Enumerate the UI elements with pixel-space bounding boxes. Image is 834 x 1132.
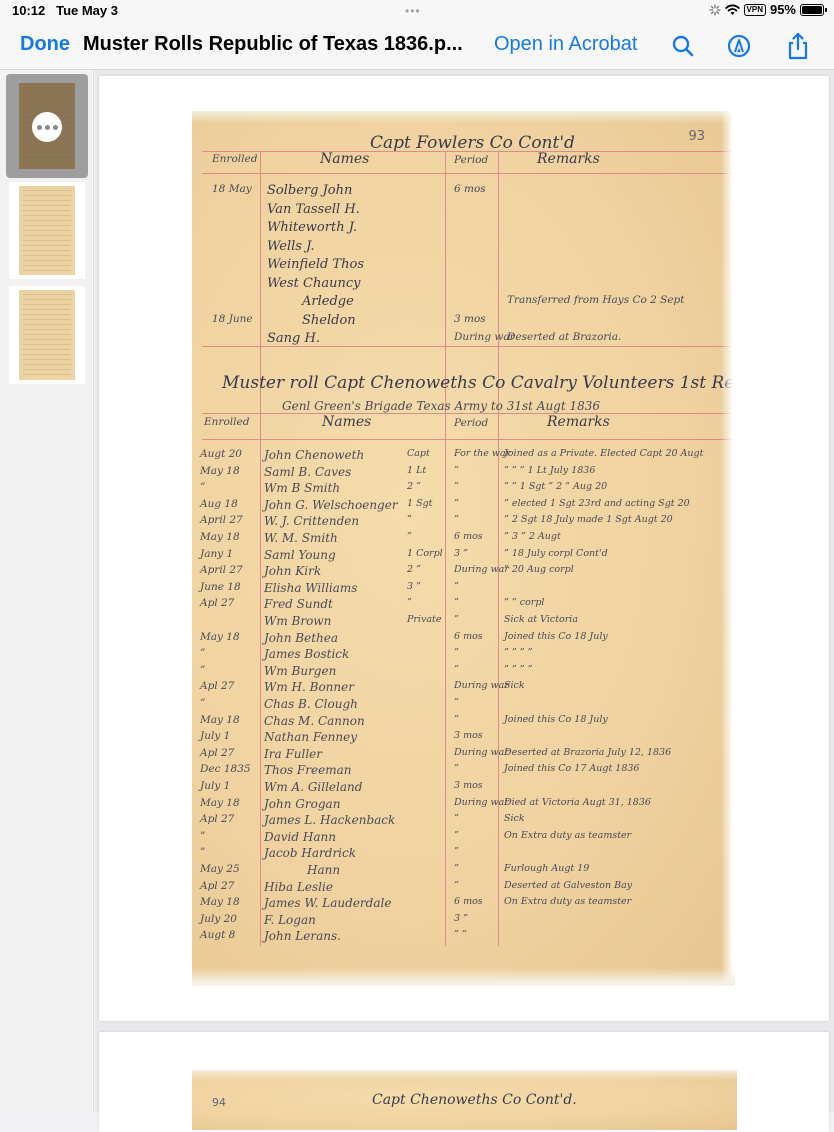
name-cell: John Lerans. [264,929,341,943]
enrolled-cell: May 18 [200,531,240,543]
name-cell: James W. Lauderdale [264,896,391,910]
enrolled-cell: Apl 27 [200,813,234,825]
battery-percent: 95% [770,2,796,17]
page2-title: Capt Chenoweths Co Cont'd. [372,1092,577,1108]
status-date: Tue May 3 [56,3,118,18]
scanned-muster-roll-page-2: 94 Capt Chenoweths Co Cont'd. [192,1070,737,1112]
rank-cell: 2 ” [407,481,421,492]
enrolled-cell: June 18 [200,581,241,593]
rank-cell: 1 Corpl [407,548,443,559]
name-cell: John Bethea [264,631,338,645]
enrolled-cell: 18 June [212,313,253,325]
remarks-cell: Transferred from Hays Co 2 Sept [507,294,685,306]
enrolled-cell: ” [200,697,205,709]
period-cell: ” [454,846,459,857]
remarks-cell: On Extra duty as teamster [504,896,631,907]
document-title: Muster Rolls Republic of Texas 1836.p... [83,33,463,56]
rank-cell: Private [407,614,441,625]
rank-cell: 2 ” [407,564,421,575]
page-number: 93 [688,129,705,144]
period-cell: During war [454,331,515,343]
period-cell: ” [454,581,459,592]
name-cell: Arledge [302,294,354,309]
name-cell: John G. Welschoenger [264,498,398,512]
name-cell: Wm Brown [264,614,331,628]
pdf-page-1: 93 Capt Fowlers Co Cont'd Enrolled Names… [99,76,829,1021]
enrolled-cell: Jany 1 [200,548,233,560]
period-cell: ” [454,498,459,509]
enrolled-cell: May 18 [200,896,240,908]
remarks-cell: ” 18 July corpl Cont'd [504,548,608,559]
enrolled-cell: ” [200,830,205,842]
more-dot-icon [53,125,58,130]
name-cell: John Chenoweth [264,448,364,462]
remarks-cell: Furlough Augt 19 [504,863,589,874]
name-cell: West Chauncy [267,276,360,291]
more-dot-icon [37,125,42,130]
enrolled-cell: July 20 [200,913,237,925]
remarks-cell: Deserted at Brazoria. [507,331,621,343]
period-cell: ” [454,481,459,492]
remarks-cell: Sick [504,813,525,824]
header-period: Period [454,154,488,166]
name-cell: Wm Burgen [264,664,336,678]
battery-icon [800,4,824,16]
enrolled-cell: May 18 [200,714,240,726]
period-cell: ” [454,465,459,476]
status-indicators: VPN 95% [709,2,824,17]
remarks-cell: ” 20 Aug corpl [504,564,574,575]
enrolled-cell: July 1 [200,730,230,742]
name-cell: Saml B. Caves [264,465,351,479]
enrolled-cell: ” [200,481,205,493]
navigation-bar: Done Muster Rolls Republic of Texas 1836… [0,22,834,70]
remarks-cell: Sick [504,680,525,691]
status-bar: 10:12 Tue May 3 ••• VPN 95% [0,0,834,22]
enrolled-cell: July 1 [200,780,230,792]
name-cell: Whiteworth J. [267,220,357,235]
name-cell: Elisha Williams [264,581,357,595]
period-cell: During war [454,797,509,808]
name-cell: Nathan Fenney [264,730,357,744]
rank-cell: 1 Sgt [407,498,432,509]
period-cell: ” [454,813,459,824]
remarks-cell: On Extra duty as teamster [504,830,631,841]
period-cell: 6 mos [454,896,483,907]
enrolled-cell: Augt 20 [200,448,242,460]
period-cell: ” [454,597,459,608]
name-cell: Wells J. [267,239,314,254]
name-cell: Wm B Smith [264,481,340,495]
search-icon[interactable] [668,31,698,61]
enrolled-cell: 18 May [212,183,252,195]
wifi-icon [725,4,740,16]
period-cell: 6 mos [454,183,486,195]
remarks-cell: Joined as a Private. Elected Capt 20 Aug… [504,448,703,459]
share-icon[interactable] [783,31,813,61]
multitasking-dots-icon[interactable]: ••• [405,4,421,18]
name-cell: Wm H. Bonner [264,680,354,694]
header-period: Period [454,417,488,429]
period-cell: ” [454,664,459,675]
period-cell: 3 mos [454,780,483,791]
remarks-cell: ” ” ” 1 Lt July 1836 [504,465,595,476]
remarks-cell: Joined this Co 18 July [504,714,608,725]
enrolled-cell: Aug 18 [200,498,238,510]
name-cell: Hann [307,863,340,877]
name-cell: Solberg John [267,183,352,198]
period-cell: ” ” [454,929,467,940]
enrolled-cell: Augt 8 [200,929,235,941]
rank-cell: 1 Lt [407,465,426,476]
name-cell: Jacob Hardrick [264,846,356,860]
section1-title: Capt Fowlers Co Cont'd [370,133,575,153]
open-in-acrobat-button[interactable]: Open in Acrobat [494,33,637,56]
rank-cell: 3 ” [407,581,421,592]
thumbnail-sidebar[interactable] [0,70,94,1112]
period-cell: ” [454,714,459,725]
name-cell: Sheldon [302,313,356,328]
name-cell: Chas M. Cannon [264,714,365,728]
header-names: Names [322,414,371,430]
remarks-cell: ” ” ” ” [504,647,533,658]
remarks-cell: ” ” ” ” [504,664,533,675]
name-cell: John Kirk [264,564,321,578]
remarks-cell: ” 3 ” 2 Augt [504,531,561,542]
enrolled-cell: ” [200,664,205,676]
remarks-cell: ” ” 1 Sgt ” 2 ” Aug 20 [504,481,607,492]
done-button[interactable]: Done [20,33,70,56]
rank-cell: Capt [407,448,430,459]
period-cell: 6 mos [454,631,483,642]
enrolled-cell: May 18 [200,797,240,809]
period-cell: ” [454,880,459,891]
enrolled-cell: May 18 [200,465,240,477]
vpn-badge: VPN [744,4,766,16]
enrolled-cell: ” [200,647,205,659]
period-cell: ” [454,863,459,874]
period-cell: ” [454,697,459,708]
page-2-preview [19,186,75,275]
name-cell: Saml Young [264,548,336,562]
thumbnail-page-3[interactable] [9,286,85,384]
name-cell: Van Tassell H. [267,202,360,217]
thumbnail-page-2[interactable] [9,182,85,279]
enrolled-cell: April 27 [200,564,243,576]
enrolled-cell: May 25 [200,863,240,875]
remarks-cell: Joined this Co 18 July [504,631,608,642]
rank-cell: ” [407,514,412,525]
remarks-cell: Died at Victoria Augt 31, 1836 [504,797,651,808]
remarks-cell: ” ” corpl [504,597,544,608]
period-cell: ” [454,614,459,625]
more-dot-icon [45,125,50,130]
period-cell: ” [454,763,459,774]
enrolled-cell: Apl 27 [200,747,234,759]
remarks-cell: Deserted at Brazoria July 12, 1836 [504,747,671,758]
enrolled-cell: April 27 [200,514,243,526]
name-cell: Fred Sundt [264,597,333,611]
pdf-page-2: 94 Capt Chenoweths Co Cont'd. [99,1032,829,1112]
enrolled-cell: ” [200,846,205,858]
rank-cell: ” [407,597,412,608]
period-cell: 3 mos [454,313,486,325]
section2-title-line1: Muster roll Capt Chenoweths Co Cavalry V… [222,373,735,393]
remarks-cell: ” 2 Sgt 18 July made 1 Sgt Augt 20 [504,514,673,525]
name-cell: Chas B. Clough [264,697,358,711]
more-options-button[interactable] [32,112,62,142]
header-remarks: Remarks [547,414,610,430]
enrolled-cell: Dec 1835 [200,763,251,775]
period-cell: ” [454,514,459,525]
name-cell: F. Logan [264,913,316,927]
name-cell: James L. Hackenback [264,813,395,827]
page-3-preview [19,290,75,380]
enrolled-cell: May 18 [200,631,240,643]
name-cell: Wm A. Gilleland [264,780,362,794]
remarks-cell: Deserted at Galveston Bay [504,880,632,891]
name-cell: John Grogan [264,797,340,811]
status-time: 10:12 [12,3,45,18]
period-cell: During war [454,564,509,575]
period-cell: During war [454,747,509,758]
name-cell: Ira Fuller [264,747,322,761]
name-cell: David Hann [264,830,336,844]
remarks-cell: Sick at Victoria [504,614,578,625]
period-cell: 3 ” [454,548,468,559]
name-cell: W. M. Smith [264,531,338,545]
period-cell: 6 mos [454,531,483,542]
thumbnail-page-1[interactable] [6,74,88,178]
period-cell: For the war [454,448,510,459]
name-cell: Hiba Leslie [264,880,333,894]
header-enrolled: Enrolled [212,153,257,165]
remarks-cell: Joined this Co 17 Augt 1836 [504,763,639,774]
remarks-cell: ” elected 1 Sgt 23rd and acting Sgt 20 [504,498,690,509]
period-cell: During war [454,680,509,691]
name-cell: Weinfield Thos [267,257,364,272]
period-cell: 3 ” [454,913,468,924]
scanned-muster-roll-page: 93 Capt Fowlers Co Cont'd Enrolled Names… [192,111,735,986]
name-cell: W. J. Crittenden [264,514,359,528]
period-cell: 3 mos [454,730,483,741]
header-enrolled: Enrolled [204,416,249,428]
page-number: 94 [212,1096,226,1109]
name-cell: James Bostick [264,647,349,661]
header-remarks: Remarks [537,151,600,167]
period-cell: ” [454,647,459,658]
markup-icon[interactable] [724,31,754,61]
document-viewer[interactable]: 93 Capt Fowlers Co Cont'd Enrolled Names… [95,70,834,1112]
status-time-date: 10:12 Tue May 3 [12,3,118,18]
name-cell: Thos Freeman [264,763,351,777]
activity-spinner-icon [709,4,721,16]
rank-cell: ” [407,531,412,542]
period-cell: ” [454,830,459,841]
name-cell: Sang H. [267,331,320,346]
enrolled-cell: Apl 27 [200,680,234,692]
enrolled-cell: Apl 27 [200,597,234,609]
section2-title-line2: Genl Green's Brigade Texas Army to 31st … [282,399,600,413]
header-names: Names [320,151,369,167]
enrolled-cell: Apl 27 [200,880,234,892]
